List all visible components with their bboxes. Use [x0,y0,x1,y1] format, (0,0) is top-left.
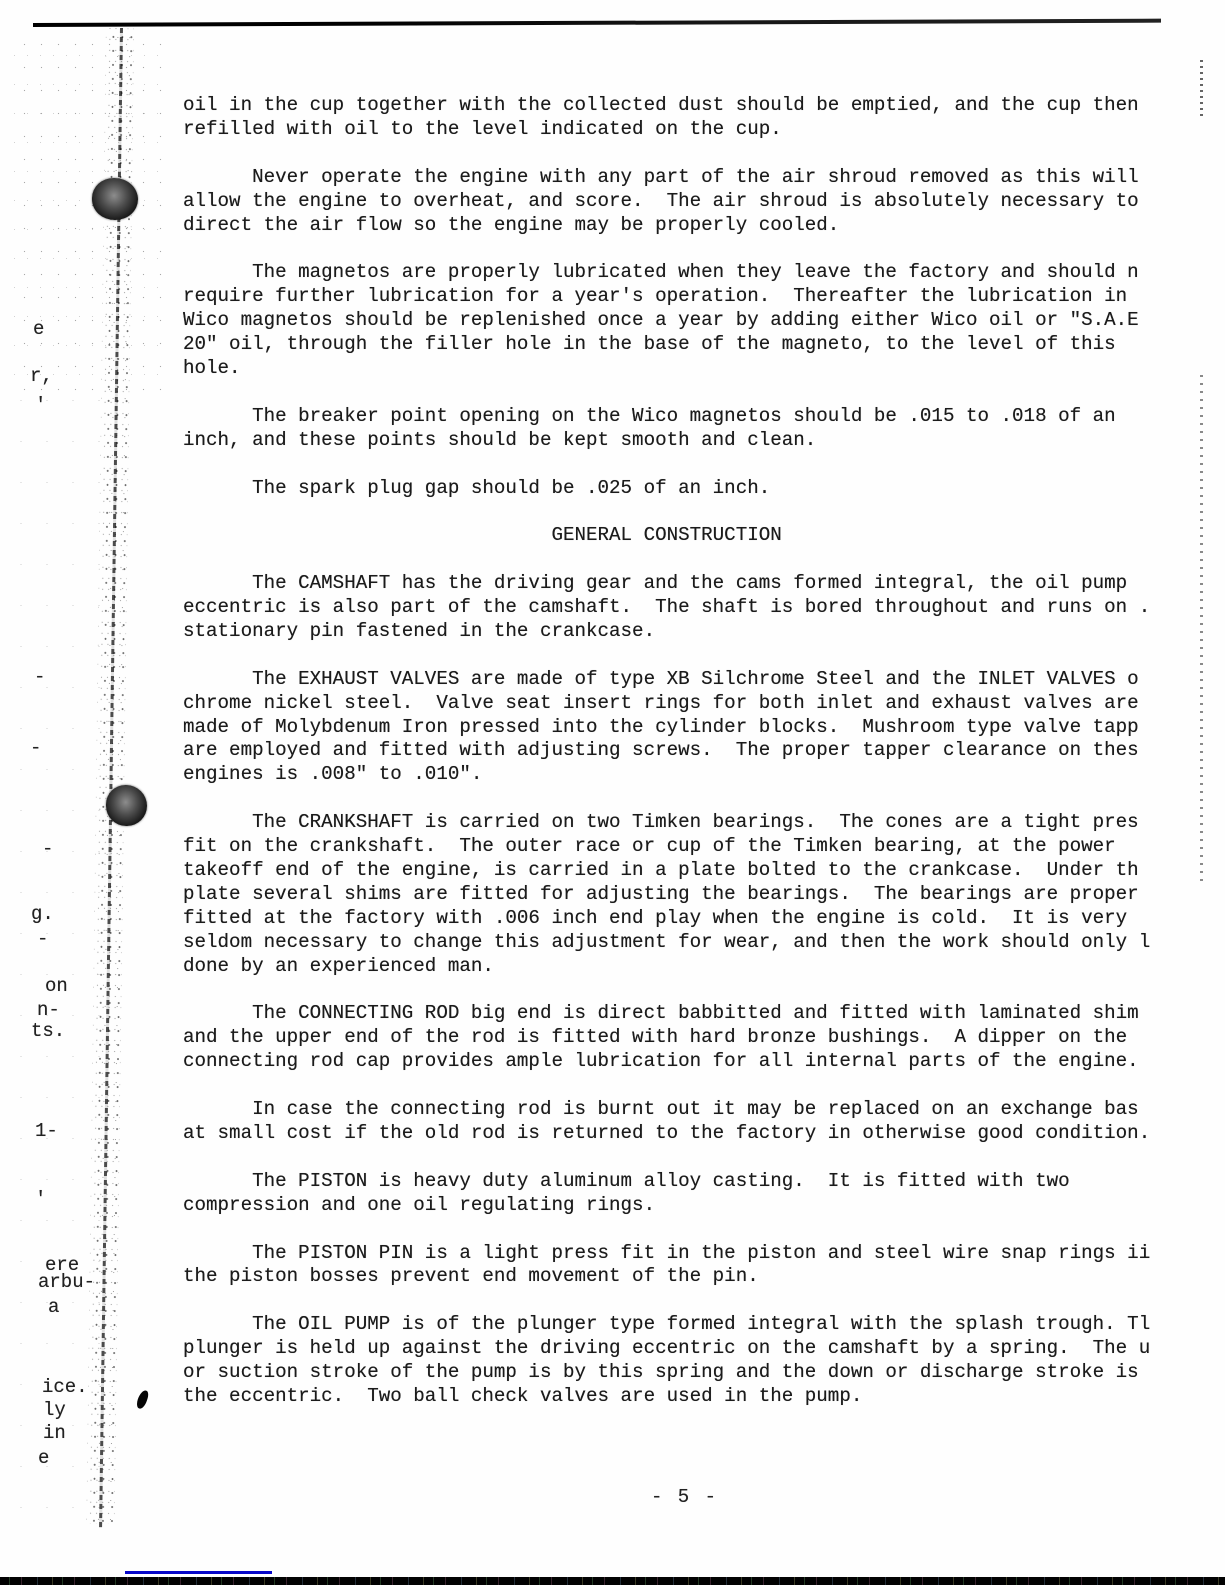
margin-fragment: g. [31,903,54,925]
margin-fragment: ly [43,1399,66,1421]
margin-fragment: ' [35,1188,46,1210]
margin-fragment: arbu- [38,1271,95,1293]
margin-fragment: 1- [35,1120,58,1142]
margin-fragment: ' [35,394,46,416]
margin-fragment: e [38,1447,49,1469]
scan-noise-top [12,30,162,400]
margin-fragment: on [45,975,68,997]
right-perforation-dots-top [1200,60,1203,118]
margin-fragment: - [34,666,45,688]
ink-mark [135,1389,149,1410]
binder-hole-middle [106,785,147,826]
margin-fragment: - [37,928,48,950]
margin-fragment: ts. [31,1020,65,1042]
margin-fragment: r, [30,365,53,387]
page-number: - 5 - [651,1486,718,1508]
scanner-edge-stripe [0,1577,1225,1585]
margin-fragment: - [30,737,41,759]
margin-fragment: in [43,1422,66,1444]
margin-fragment: ice. [42,1376,88,1398]
top-scan-rule [33,19,1161,27]
bottom-blue-pen-line [125,1571,272,1574]
document-body-text: oil in the cup together with the collect… [183,94,1150,1409]
page-canvas: e r, ' - - - g. - on n- ts. 1- ' ere arb… [0,0,1225,1585]
margin-fragment: n- [37,999,60,1021]
margin-fragment: - [42,838,53,860]
scanned-manual-page: { "page": { "number_label": "- 5 -" }, "… [0,0,1225,1585]
right-perforation-dots-middle [1200,375,1203,885]
binder-hole-top [92,178,138,220]
margin-fragment: a [48,1296,59,1318]
margin-fragment: e [33,318,44,340]
